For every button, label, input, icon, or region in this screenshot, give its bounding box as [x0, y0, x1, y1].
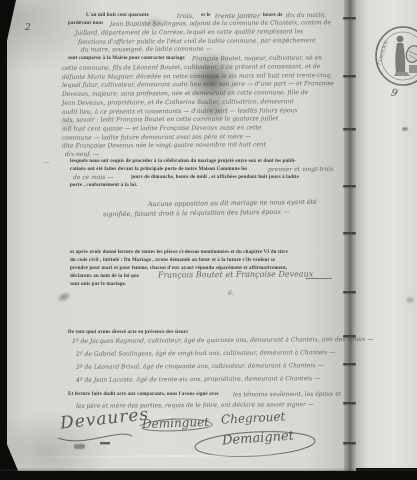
binding-stitch — [343, 291, 356, 293]
printed-lecture-line: déclarons au nom de la loi que — [70, 274, 139, 279]
handwritten-comparants-line: audit lieu, à ce présents et consentants… — [62, 107, 298, 116]
book-binding-seam — [344, 0, 356, 471]
binding-stitch — [343, 363, 356, 365]
handwritten-comparants-line: défunte Marie Magnier, décédée en cette … — [62, 72, 332, 81]
handwritten-publication-dates: premier et vingt-trois — [268, 165, 333, 172]
binding-stitch — [343, 232, 356, 234]
printed-publications-line: lesquels nous ont requis de procéder à l… — [70, 159, 296, 164]
printed-publications-line: cations ont été faites devant la princip… — [70, 167, 247, 172]
handwritten-publication-dates: de ce mois — — [73, 173, 113, 180]
binding-stitch — [343, 185, 356, 187]
handwritten-comparants-line: Jean Deveaux, propriétaire, et de Cather… — [62, 98, 294, 107]
handwritten-comparants-line: commune — ladite future demeurant avec s… — [62, 133, 251, 141]
printed-et-le: et le — [201, 13, 211, 18]
scan-edge-bottom — [0, 471, 417, 480]
handwritten-comparants-line: dix-neuf. — — [65, 151, 99, 158]
signature-flourishes — [0, 400, 345, 470]
handwritten-date-fill: trente janvier — [215, 11, 260, 19]
printed-unis-par-mariage: sont unis par le mariage. — [70, 282, 126, 287]
handwritten-comparants-line: mil huit cent quinze — et ladite Françoi… — [62, 124, 262, 132]
handwritten-officiant-line: fonctions d'officier public de l'état ci… — [78, 37, 316, 46]
handwritten-comparus-fill: François Boutet, majeur, cultivateur, né… — [192, 55, 322, 63]
margin-dash: — — [44, 161, 49, 166]
printed-lecture-line: et après avoir donné lecture de toutes l… — [70, 250, 288, 255]
printed-publications-line: jours de dimanche, heure de midi , et af… — [131, 175, 299, 180]
printed-dresse-acte: De tout quoi avons dressé acte en présen… — [68, 330, 188, 335]
printed-sont-comparus: sont comparus à la Mairie pour contracte… — [68, 56, 185, 61]
handwritten-flourish-rule — [306, 278, 332, 279]
printed-lecture-line: du code civil , intitulé : Du Mariage , … — [70, 258, 275, 263]
handwritten-hour-fill: dix du matin, — [286, 11, 326, 18]
printed-year-prefix: L'an mil huit cent quarante — [86, 13, 149, 18]
timbre-royal-stamp-icon: TIMBRE ROYAL — [372, 24, 417, 90]
printed-pardevant-nous: pardevant nous — [68, 21, 103, 26]
printed-publications-line: porte , conformément à la loi. — [70, 183, 137, 188]
printed-lecture-faite: Et lecture faite dudit acte aux comparan… — [68, 392, 219, 397]
binding-stitch — [343, 128, 356, 130]
archival-scan-viewport: TIMBRE ROYAL 2 9 — L'an mil huit cent qu… — [0, 0, 417, 480]
left-page-number: 2 — [25, 23, 31, 33]
printed-dash: — — [247, 13, 252, 18]
handwritten-paraphe-mark: 6. — [228, 290, 234, 297]
handwritten-signe-fill: les témoins seulement, les époux et — [233, 391, 341, 399]
handwritten-spouses-names: François Boutet et Françoise Deveaux — [158, 269, 313, 279]
binding-stitch — [343, 75, 356, 77]
handwritten-year-fill: trois, — [177, 11, 194, 19]
printed-heure-de: heure de — [263, 13, 283, 18]
binding-stitch — [343, 17, 356, 19]
handwritten-officiant-line: du maire, soussigné, de ladite commune — — [81, 46, 212, 54]
